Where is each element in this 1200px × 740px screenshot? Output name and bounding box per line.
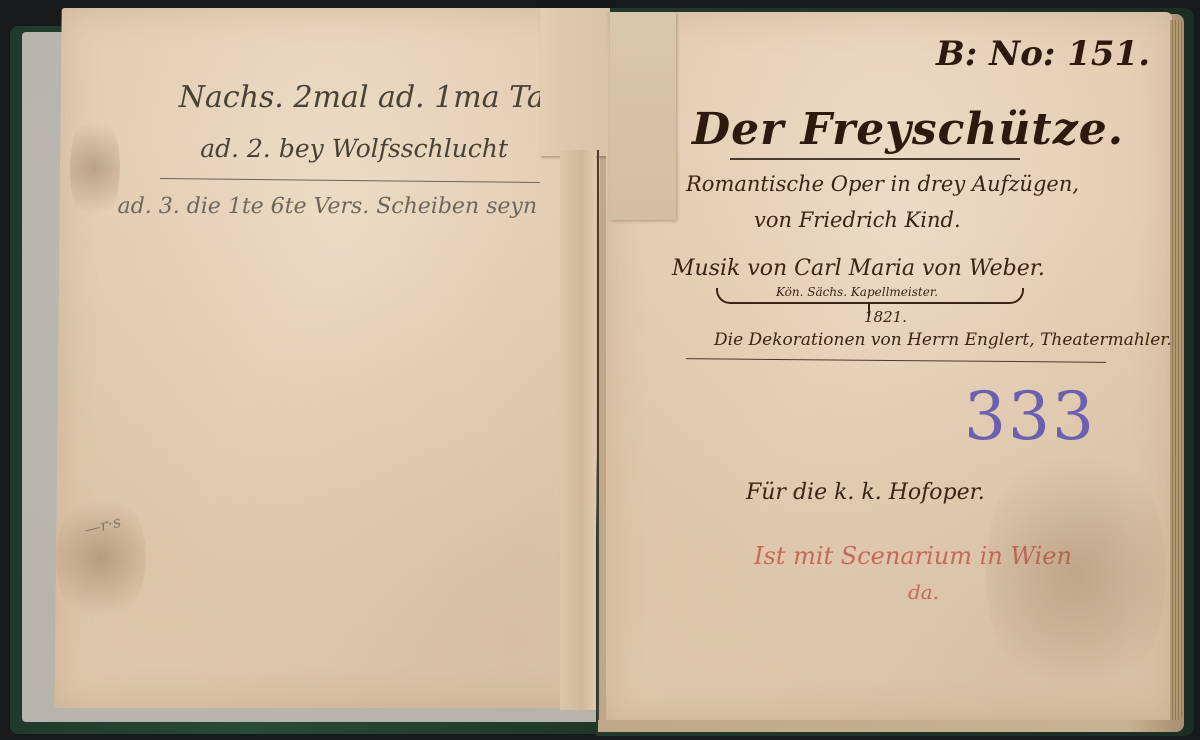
title: Der Freyschütze. — [692, 104, 1124, 155]
red-note-line-2: da. — [908, 580, 939, 604]
decorations-inscription: Die Dekorationen von Herrn Englert, Thea… — [714, 330, 1172, 350]
year: 1821. — [864, 308, 907, 326]
page-edges — [1170, 20, 1182, 720]
decorative-brace — [716, 288, 1024, 304]
foxing-stain — [55, 488, 146, 628]
gutter-fold — [560, 150, 596, 710]
pencil-note-line-2: ad. 2. bey Wolfsschlucht — [200, 134, 508, 163]
composer-line: Musik von Carl Maria von Weber. — [672, 256, 1045, 281]
shelfmark: B: No: 151. — [936, 34, 1150, 74]
folded-page-flap — [540, 8, 610, 156]
foxing-stain — [986, 432, 1166, 712]
foxing-stain — [69, 108, 120, 228]
pencil-divider — [160, 178, 540, 183]
title-underline — [730, 158, 1020, 160]
left-page: Nachs. 2mal ad. 1ma Tanz ad. 2. bey Wolf… — [54, 8, 601, 708]
pencil-note-line-3: ad. 3. die 1te 6te Vers. Scheiben seyn — [117, 194, 537, 219]
pencil-note-line-1: Nachs. 2mal ad. 1ma Tanz — [179, 80, 580, 115]
destination-line: Für die k. k. Hofoper. — [746, 480, 985, 505]
gutter-line — [597, 150, 599, 720]
right-page: B: No: 151. Der Freyschütze. Romantische… — [606, 12, 1172, 720]
tipped-in-paper-strip — [610, 12, 676, 220]
subtitle-line-1: Romantische Oper in drey Aufzügen, — [686, 172, 1079, 196]
subtitle-line-2: von Friedrich Kind. — [754, 208, 961, 232]
inscription-rule — [686, 358, 1106, 363]
